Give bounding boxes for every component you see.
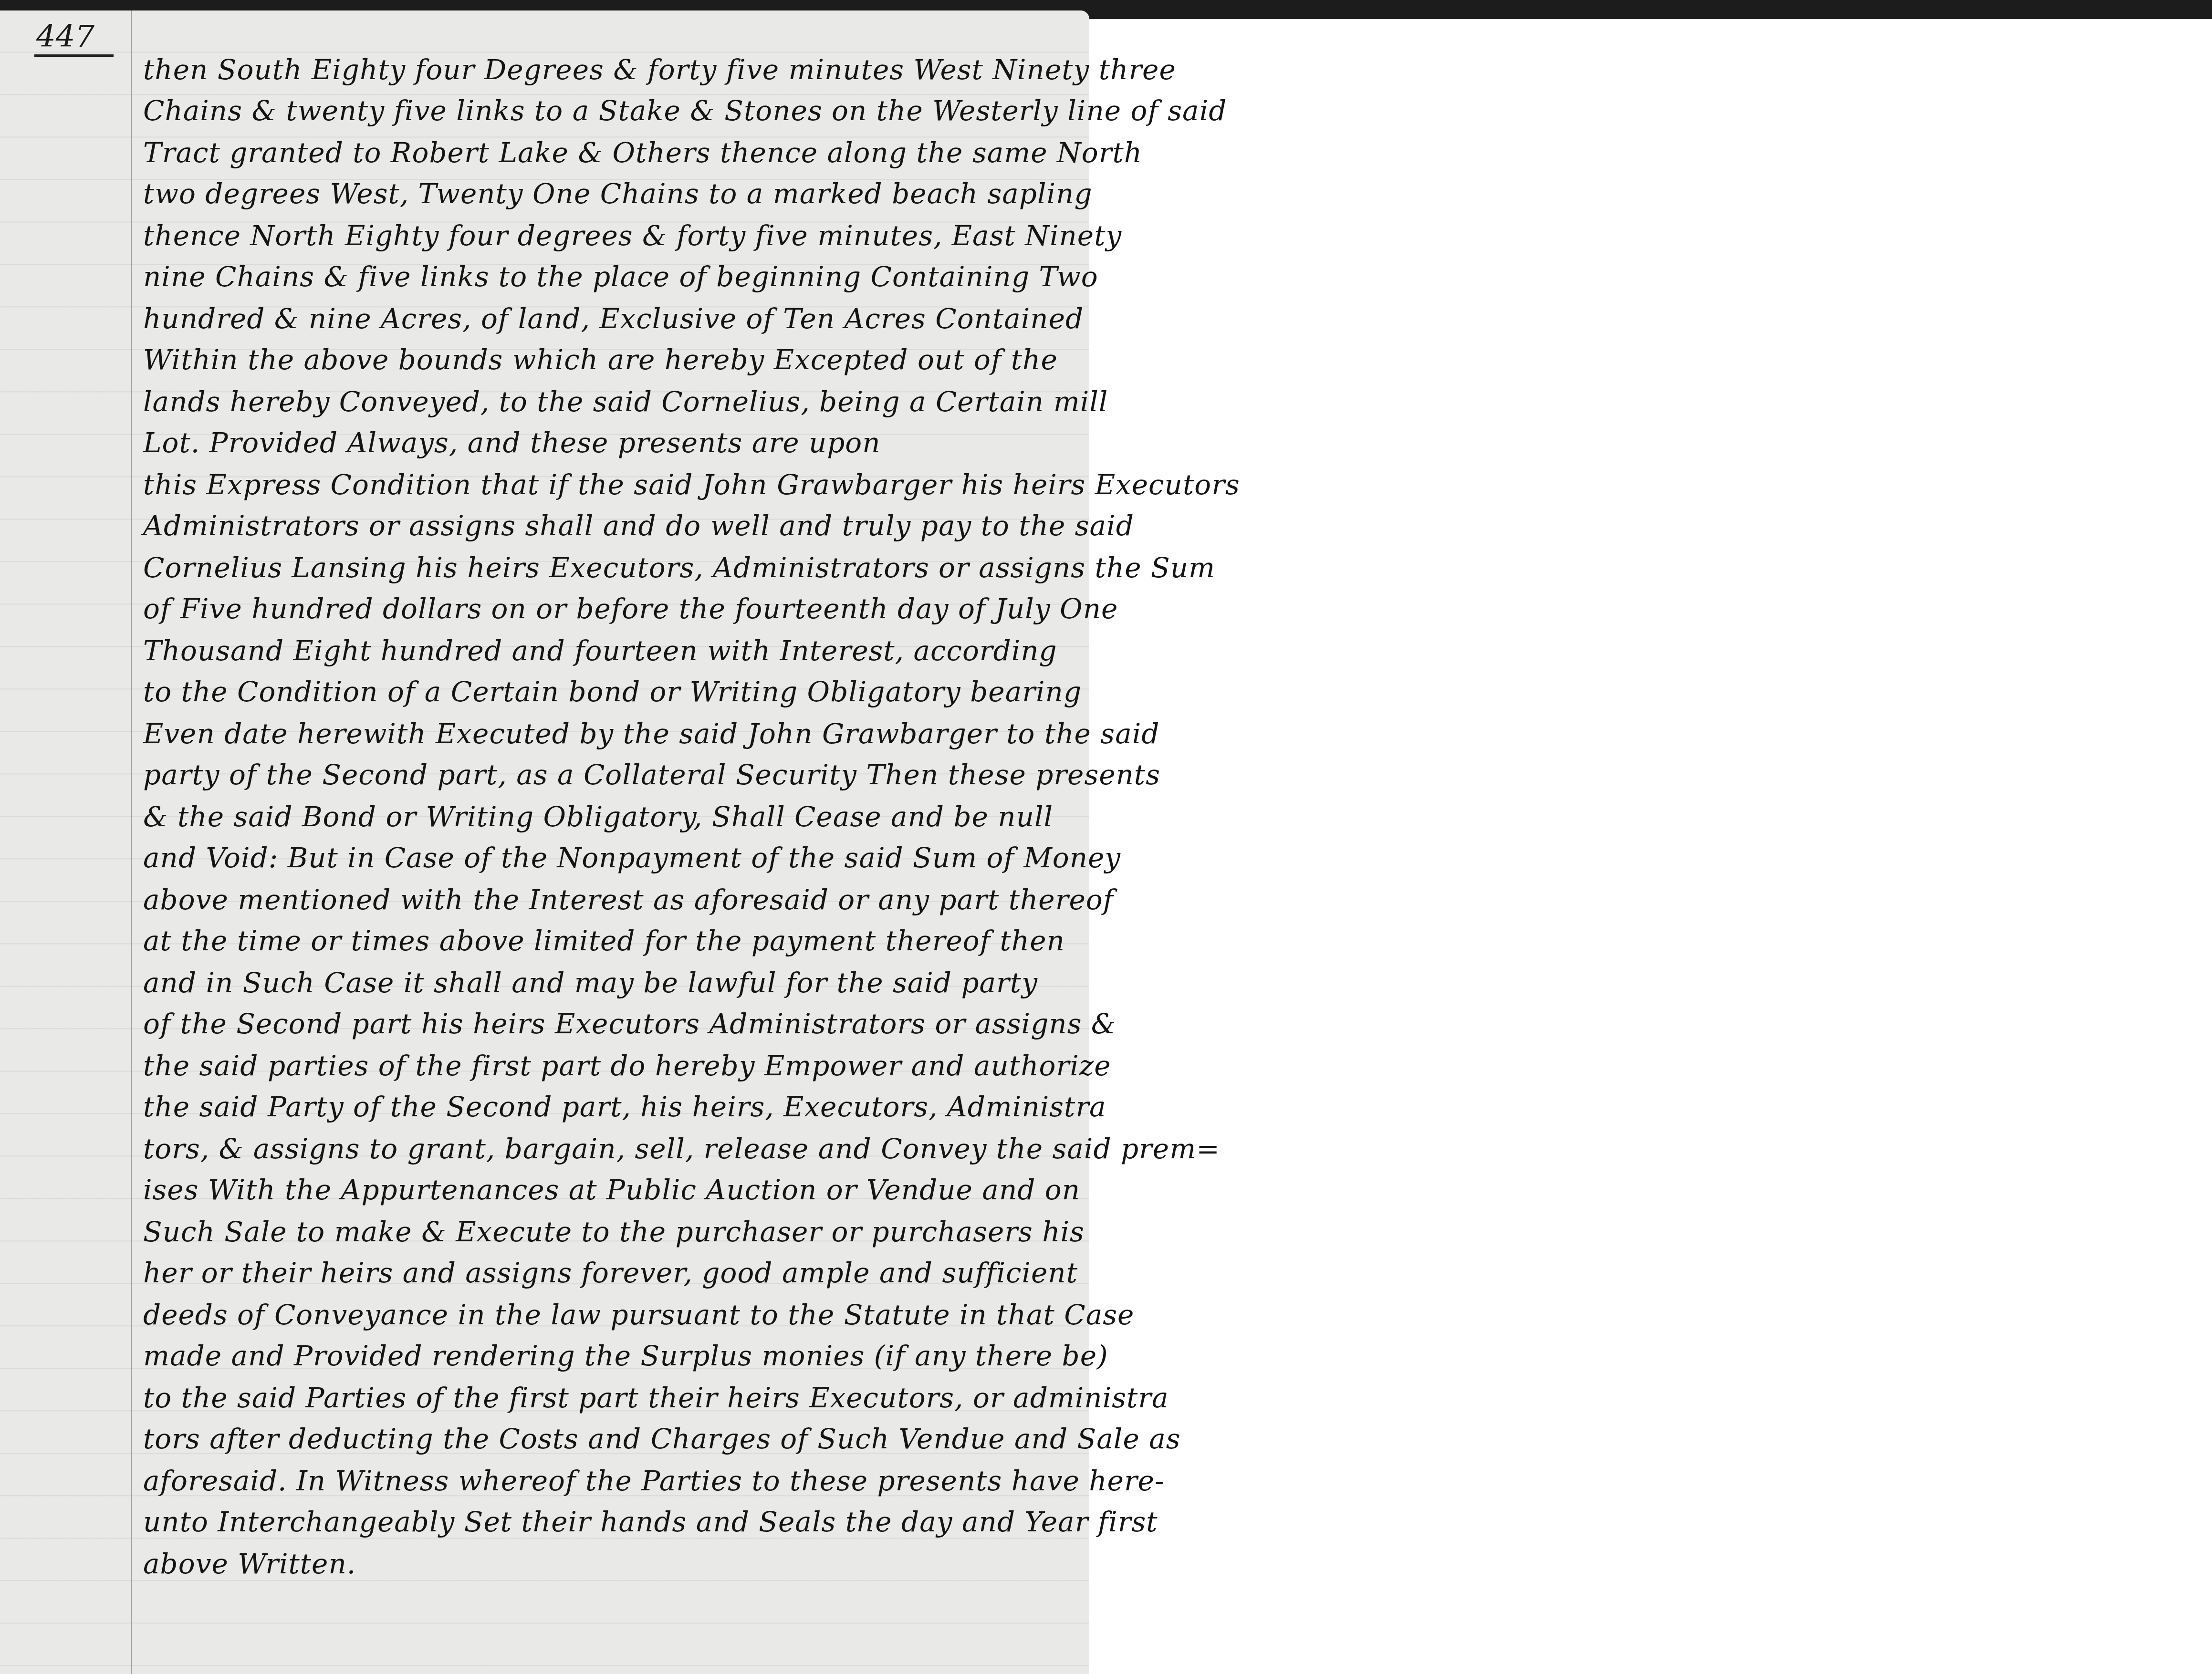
text-line: unto Interchangeably Set their hands and… [143, 1506, 1158, 1538]
text-line: Within the above bounds which are hereby… [143, 343, 1058, 376]
text-line: Cornelius Lansing his heirs Executors, A… [143, 551, 1215, 584]
text-line: aforesaid. In Witness whereof the Partie… [143, 1465, 1165, 1497]
text-line: of the Second part his heirs Executors A… [143, 1008, 1116, 1040]
page-number-left: 447 [34, 19, 114, 57]
text-line: the said Party of the Second part, his h… [143, 1091, 1106, 1123]
text-line: hundred & nine Acres, of land, Exclusive… [143, 302, 1084, 335]
text-line: to the Condition of a Certain bond or Wr… [143, 676, 1082, 708]
text-line: deeds of Conveyance in the law pursuant … [143, 1299, 1134, 1331]
text-line: and in Such Case it shall and may be law… [143, 967, 1038, 999]
text-line: two degrees West, Twenty One Chains to a… [143, 177, 1093, 210]
ledger-scan: 447 then South Eighty four Degrees & for… [0, 0, 2212, 1674]
text-line: lands hereby Conveyed, to the said Corne… [143, 385, 1108, 418]
text-line: to the said Parties of the first part th… [143, 1382, 1169, 1414]
text-line: then South Eighty four Degrees & forty f… [143, 53, 1176, 86]
text-line: above Written. [143, 1548, 356, 1580]
text-line: Administrators or assigns shall and do w… [143, 509, 1134, 542]
text-line: nine Chains & five links to the place of… [143, 260, 1098, 293]
text-line: ises With the Appurtenances at Public Au… [143, 1174, 1080, 1206]
text-line: of Five hundred dollars on or before the… [143, 593, 1118, 625]
text-line: the said parties of the first part do he… [143, 1050, 1111, 1082]
text-line: Even date herewith Executed by the said … [143, 717, 1159, 750]
text-line: & the said Bond or Writing Obligatory, S… [143, 801, 1053, 833]
text-line: Chains & twenty five links to a Stake & … [143, 94, 1227, 127]
text-line: Such Sale to make & Execute to the purch… [143, 1216, 1085, 1248]
text-line: Lot. Provided Always, and these presents… [143, 426, 881, 459]
text-line: Tract granted to Robert Lake & Others th… [143, 136, 1142, 169]
text-line: made and Provided rendering the Surplus … [143, 1340, 1108, 1372]
text-line: and Void: But in Case of the Nonpayment … [143, 842, 1121, 874]
text-line: party of the Second part, as a Collatera… [143, 759, 1160, 791]
text-line: above mentioned with the Interest as afo… [143, 884, 1114, 916]
text-line: Thousand Eight hundred and fourteen with… [143, 634, 1057, 667]
text-line: at the time or times above limited for t… [143, 925, 1065, 957]
text-line: thence North Eighty four degrees & forty… [143, 219, 1122, 252]
left-margin-rule [131, 10, 132, 1674]
text-line: her or their heirs and assigns forever, … [143, 1257, 1078, 1289]
text-line: tors, & assigns to grant, bargain, sell,… [143, 1133, 1220, 1165]
text-line: this Express Condition that if the said … [143, 468, 1240, 501]
text-line: tors after deducting the Costs and Charg… [143, 1423, 1181, 1455]
